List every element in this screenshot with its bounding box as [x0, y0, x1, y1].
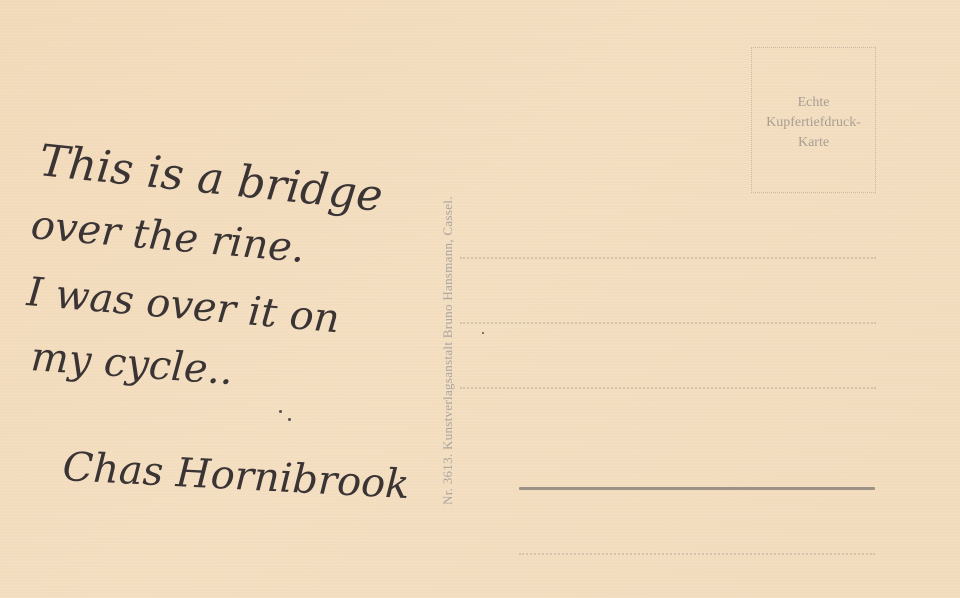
message-line-2: over the rine. — [29, 202, 306, 272]
stamp-text-line: Karte — [798, 133, 829, 153]
postcard-back: This is a bridge over the rine. I was ov… — [0, 0, 960, 598]
publisher-imprint: Nr. 3613. Kunstverlagsanstalt Bruno Hans… — [440, 85, 456, 505]
address-line-3 — [460, 387, 876, 389]
address-line-4 — [519, 487, 875, 490]
stamp-text-line: Echte — [798, 93, 830, 113]
address-line-1 — [460, 257, 876, 259]
message-line-3: I was over it on — [24, 269, 341, 342]
message-line-4: my cycle.. — [29, 334, 234, 394]
ink-speck — [288, 418, 291, 421]
stamp-box: Echte Kupfertiefdruck- Karte — [751, 47, 876, 193]
handwritten-message: This is a bridge over the rine. I was ov… — [0, 0, 440, 598]
address-line-2 — [460, 322, 876, 324]
ink-speck — [279, 410, 282, 413]
stamp-text-line: Kupfertiefdruck- — [766, 113, 861, 133]
signature: Chas Hornibrook — [61, 444, 410, 508]
address-line-5 — [519, 553, 875, 555]
paper-speck — [482, 332, 484, 334]
